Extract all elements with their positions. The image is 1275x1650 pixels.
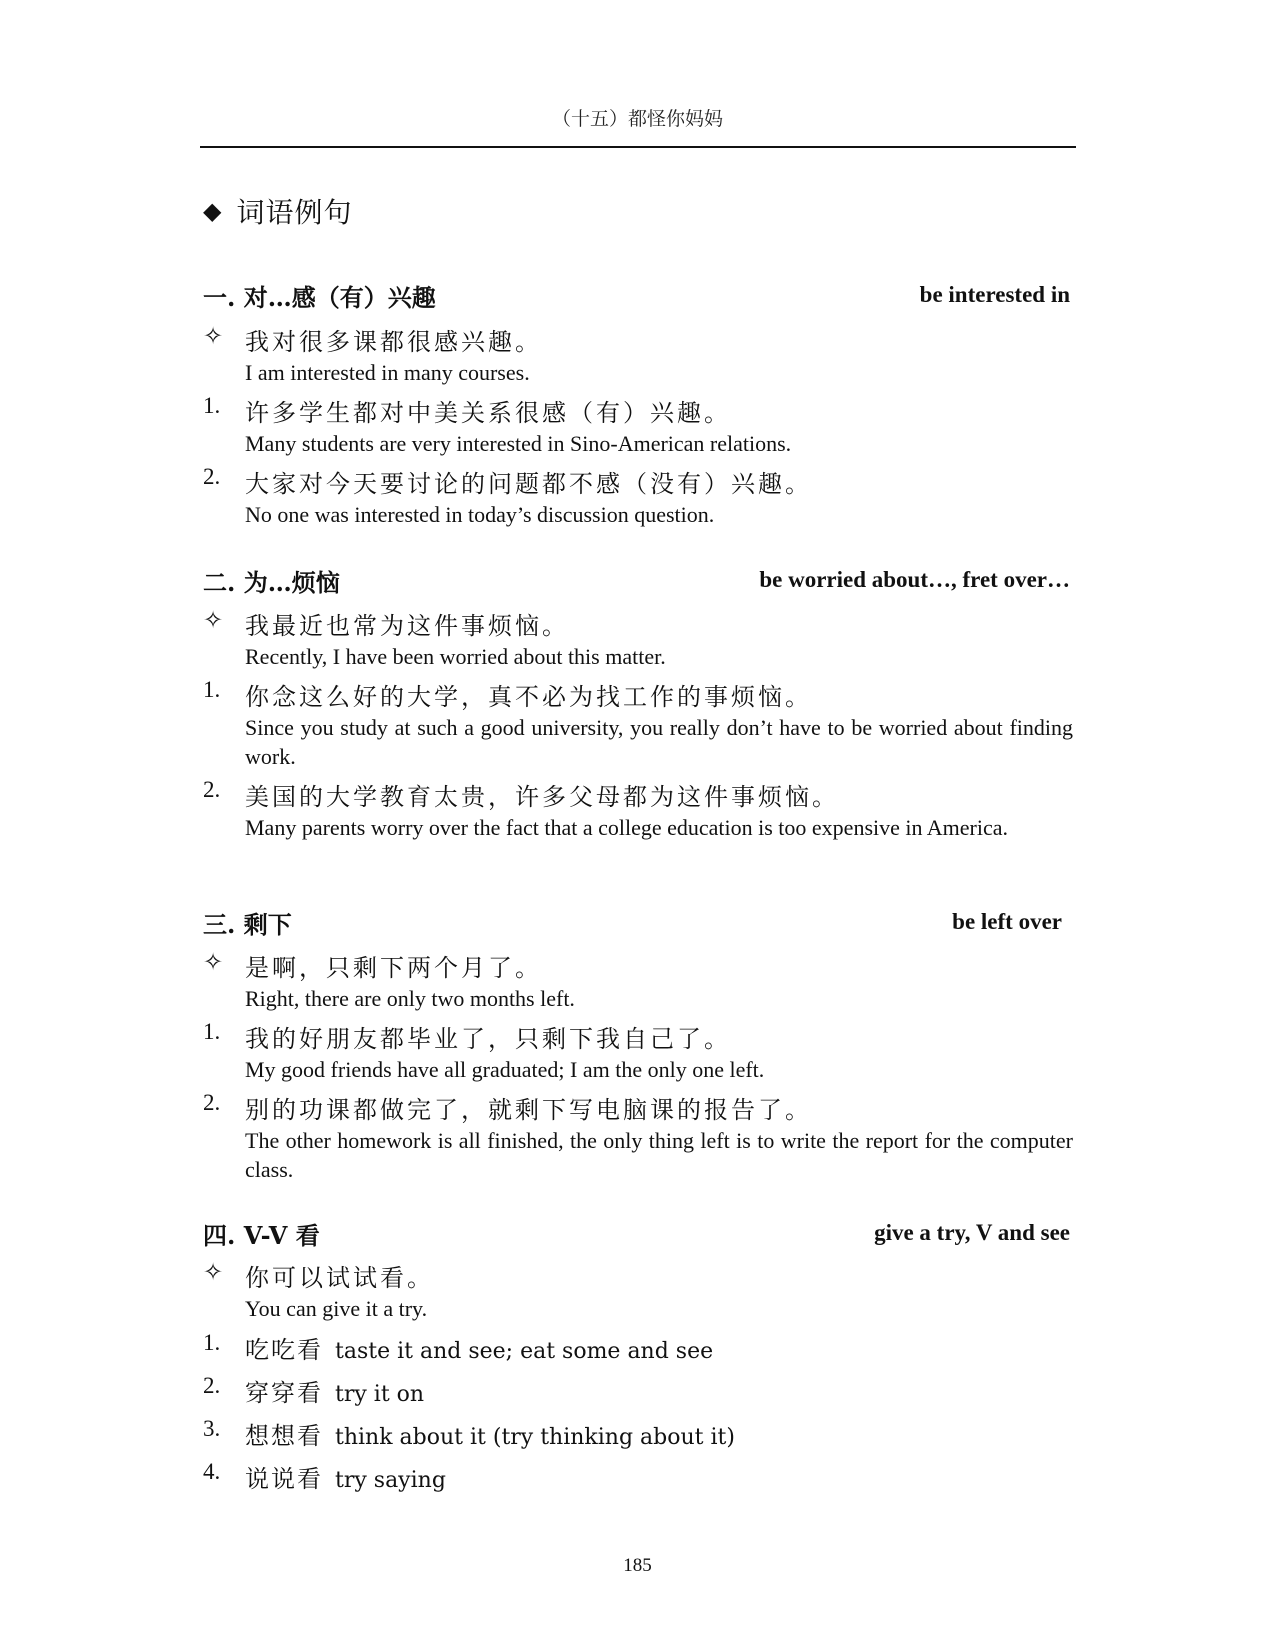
example-number: 1. — [203, 677, 243, 703]
four-point-star-icon: ✧ — [203, 1258, 243, 1287]
vv-term: 说说看 — [245, 1465, 323, 1493]
section-heading: ◆ 词语例句 — [203, 191, 352, 231]
vv-row: 想想看think about it (try thinking about it… — [245, 1416, 735, 1451]
english-translation: Since you study at such a good universit… — [245, 713, 1073, 771]
four-point-star-icon: ✧ — [203, 606, 243, 635]
chinese-sentence: 你念这么好的大学，真不必为找工作的事烦恼。 — [245, 677, 812, 712]
example-number: 2. — [203, 1090, 243, 1116]
vv-term: 吃吃看 — [245, 1336, 323, 1364]
english-translation: No one was interested in today’s discuss… — [245, 500, 1073, 529]
entry-heading: 三. 剩下 be left over — [203, 904, 1070, 940]
diamond-bullet-icon: ◆ — [203, 197, 222, 225]
example-number: 4. — [203, 1459, 243, 1485]
vv-gloss: try saying — [335, 1468, 446, 1493]
section-title: 词语例句 — [236, 191, 352, 231]
example-number: 2. — [203, 1373, 243, 1399]
vv-gloss: taste it and see; eat some and see — [335, 1339, 713, 1364]
example-number: 2. — [203, 464, 243, 490]
chinese-sentence: 美国的大学教育太贵，许多父母都为这件事烦恼。 — [245, 777, 839, 812]
entry-title: 三. 剩下 — [203, 905, 292, 940]
chinese-sentence: 我对很多课都很感兴趣。 — [245, 322, 542, 357]
english-translation: Many parents worry over the fact that a … — [245, 813, 1073, 842]
example-number: 2. — [203, 777, 243, 803]
vv-term: 想想看 — [245, 1422, 323, 1450]
chinese-sentence: 我最近也常为这件事烦恼。 — [245, 606, 569, 641]
english-translation: I am interested in many courses. — [245, 358, 1073, 387]
english-translation: Many students are very interested in Sin… — [245, 429, 1073, 458]
english-translation: The other homework is all finished, the … — [245, 1126, 1073, 1184]
vv-term: 穿穿看 — [245, 1379, 323, 1407]
vv-row: 说说看try saying — [245, 1459, 446, 1494]
vv-row: 穿穿看try it on — [245, 1373, 424, 1408]
vv-gloss: try it on — [335, 1382, 424, 1407]
chinese-sentence: 别的功课都做完了，就剩下写电脑课的报告了。 — [245, 1090, 812, 1125]
entry-heading: 二. 为…烦恼 be worried about…, fret over… — [203, 562, 1070, 598]
example-number: 3. — [203, 1416, 243, 1442]
entry-title: 二. 为…烦恼 — [203, 563, 340, 598]
header-rule — [200, 146, 1076, 148]
vv-gloss: think about it (try thinking about it) — [335, 1425, 735, 1450]
four-point-star-icon: ✧ — [203, 948, 243, 977]
english-translation: You can give it a try. — [245, 1294, 1073, 1323]
entry-gloss: be interested in — [920, 282, 1070, 308]
example-number: 1. — [203, 393, 243, 419]
entry-heading: 一. 对…感（有）兴趣 be interested in — [203, 277, 1070, 313]
example-number: 1. — [203, 1019, 243, 1045]
entry-gloss: be worried about…, fret over… — [759, 567, 1070, 593]
chinese-sentence: 是啊，只剩下两个月了。 — [245, 948, 542, 983]
english-translation: Right, there are only two months left. — [245, 984, 1073, 1013]
english-translation: Recently, I have been worried about this… — [245, 642, 1073, 671]
example-number: 1. — [203, 1330, 243, 1356]
entry-heading: 四. V-V 看 give a try, V and see — [203, 1215, 1070, 1251]
entry-title: 一. 对…感（有）兴趣 — [203, 278, 436, 313]
vv-row: 吃吃看taste it and see; eat some and see — [245, 1330, 713, 1365]
chinese-sentence: 大家对今天要讨论的问题都不感（没有）兴趣。 — [245, 464, 812, 499]
four-point-star-icon: ✧ — [203, 322, 243, 351]
english-translation: My good friends have all graduated; I am… — [245, 1055, 1073, 1084]
chinese-sentence: 你可以试试看。 — [245, 1258, 434, 1293]
entry-gloss: be left over — [952, 909, 1062, 935]
page-number: 185 — [0, 1555, 1275, 1577]
chinese-sentence: 我的好朋友都毕业了，只剩下我自己了。 — [245, 1019, 731, 1054]
entry-gloss: give a try, V and see — [874, 1220, 1070, 1246]
entry-title: 四. V-V 看 — [203, 1216, 320, 1251]
running-title: （十五）都怪你妈妈 — [0, 104, 1275, 131]
chinese-sentence: 许多学生都对中美关系很感（有）兴趣。 — [245, 393, 731, 428]
